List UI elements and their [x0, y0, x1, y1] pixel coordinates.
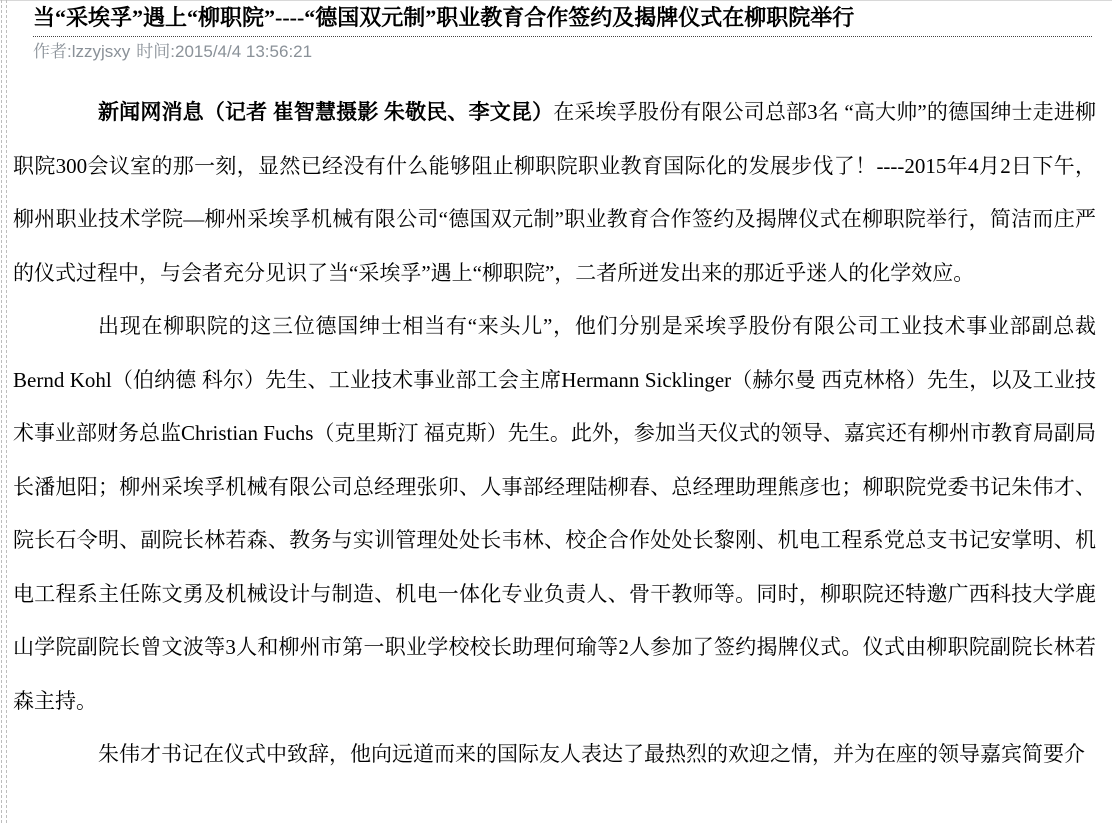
article-page: 当“采埃孚”遇上“柳职院”----“德国双元制”职业教育合作签约及揭牌仪式在柳职… [0, 0, 1112, 823]
article-header: 当“采埃孚”遇上“柳职院”----“德国双元制”职业教育合作签约及揭牌仪式在柳职… [33, 2, 1092, 62]
page-top-border [0, 0, 1112, 1]
article-paragraph: 朱伟才书记在仪式中致辞，他向远道而来的国际友人表达了最热烈的欢迎之情，并为在座的… [0, 728, 1112, 782]
article-paragraph: 出现在柳职院的这三位德国绅士相当有“来头儿”，他们分别是采埃孚股份有限公司工业技… [0, 300, 1112, 728]
article-body: 新闻网消息（记者 崔智慧摄影 朱敬民、李文昆）在采埃孚股份有限公司总部3名 “高… [0, 86, 1112, 782]
paragraph-lead-bold: 新闻网消息（记者 崔智慧摄影 朱敬民、李文昆） [98, 100, 553, 124]
article-meta: 作者:lzzyjsxy时间:2015/4/4 13:56:21 [33, 37, 1092, 62]
meta-author: 作者:lzzyjsxy [33, 42, 130, 61]
paragraph-text: 朱伟才书记在仪式中致辞，他向远道而来的国际友人表达了最热烈的欢迎之情，并为在座的… [98, 742, 1085, 766]
meta-time: 时间:2015/4/4 13:56:21 [136, 42, 312, 61]
paragraph-text: 在采埃孚股份有限公司总部3名 “高大帅”的德国绅士走进柳职院300会议室的那一刻… [13, 100, 1096, 285]
paragraph-text: 出现在柳职院的这三位德国绅士相当有“来头儿”，他们分别是采埃孚股份有限公司工业技… [13, 314, 1096, 713]
article-paragraph: 新闻网消息（记者 崔智慧摄影 朱敬民、李文昆）在采埃孚股份有限公司总部3名 “高… [0, 86, 1112, 300]
page-title: 当“采埃孚”遇上“柳职院”----“德国双元制”职业教育合作签约及揭牌仪式在柳职… [33, 2, 1092, 37]
